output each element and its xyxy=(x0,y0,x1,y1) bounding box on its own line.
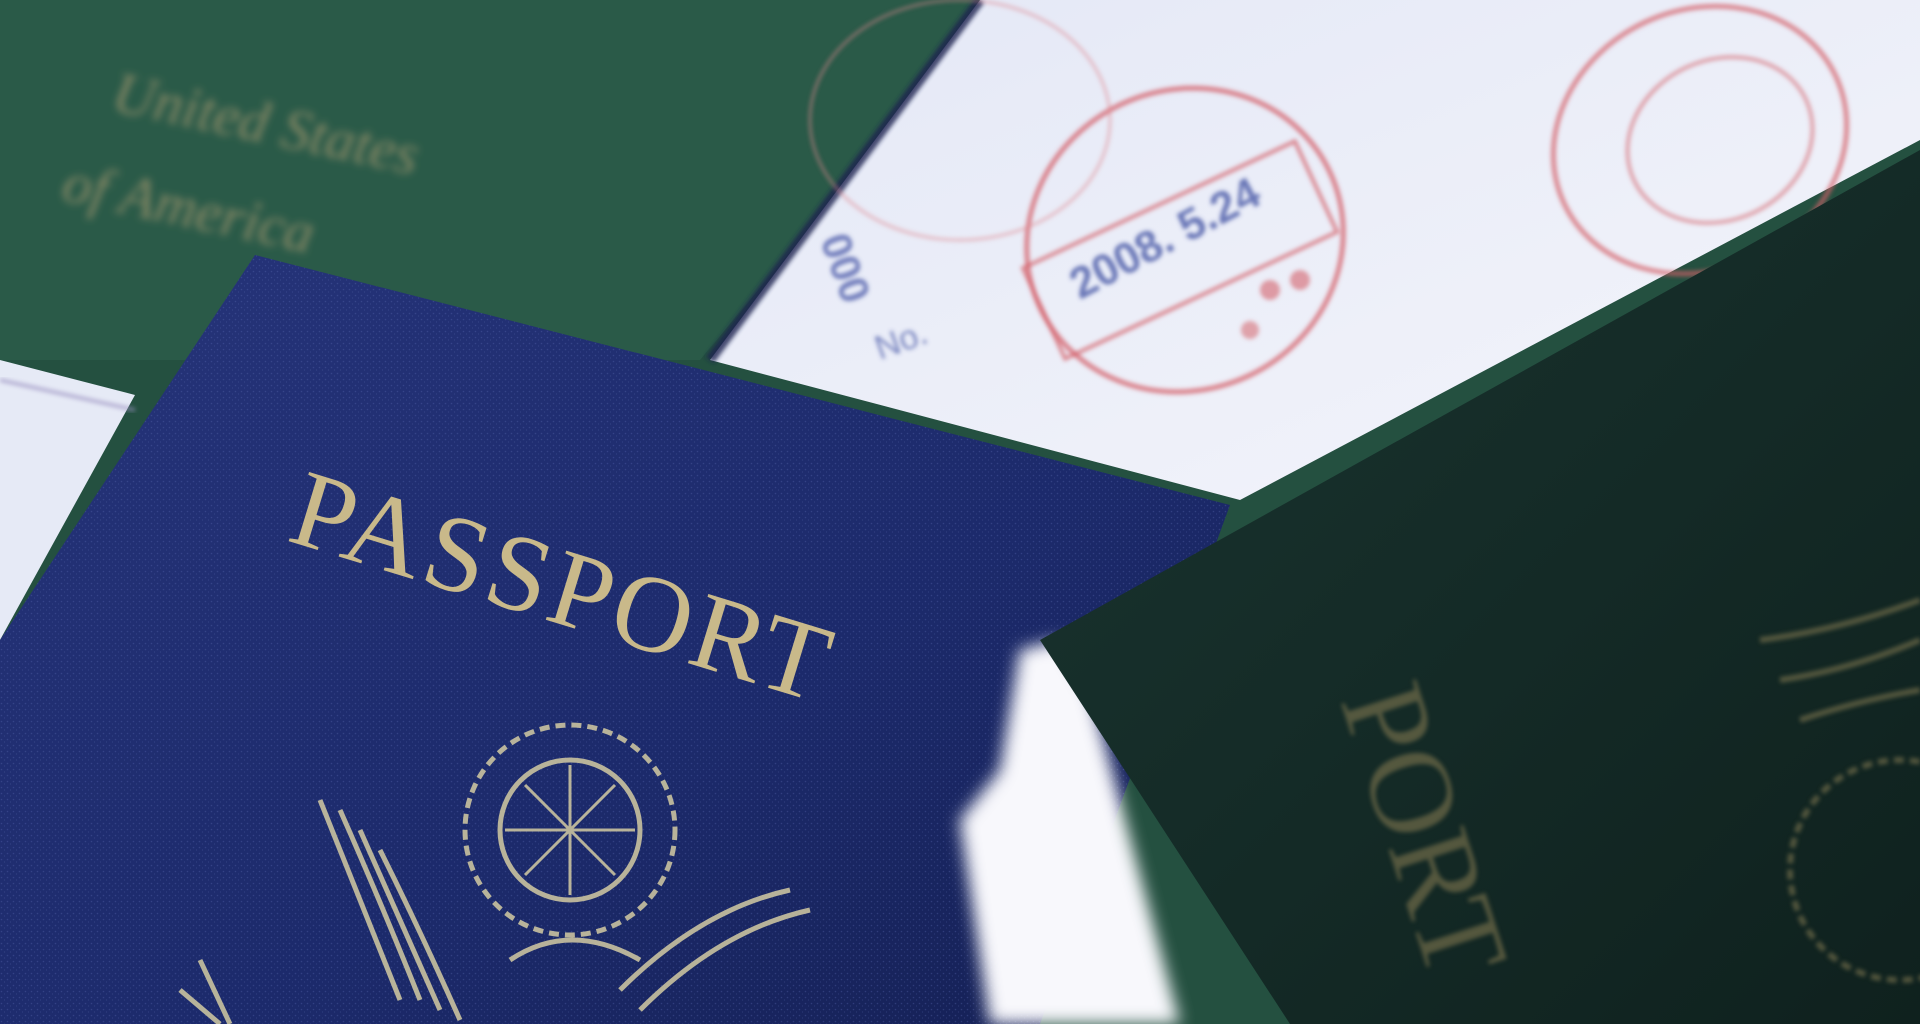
photo-scene: United States of America 2008. 5.24 000 … xyxy=(0,0,1920,1024)
